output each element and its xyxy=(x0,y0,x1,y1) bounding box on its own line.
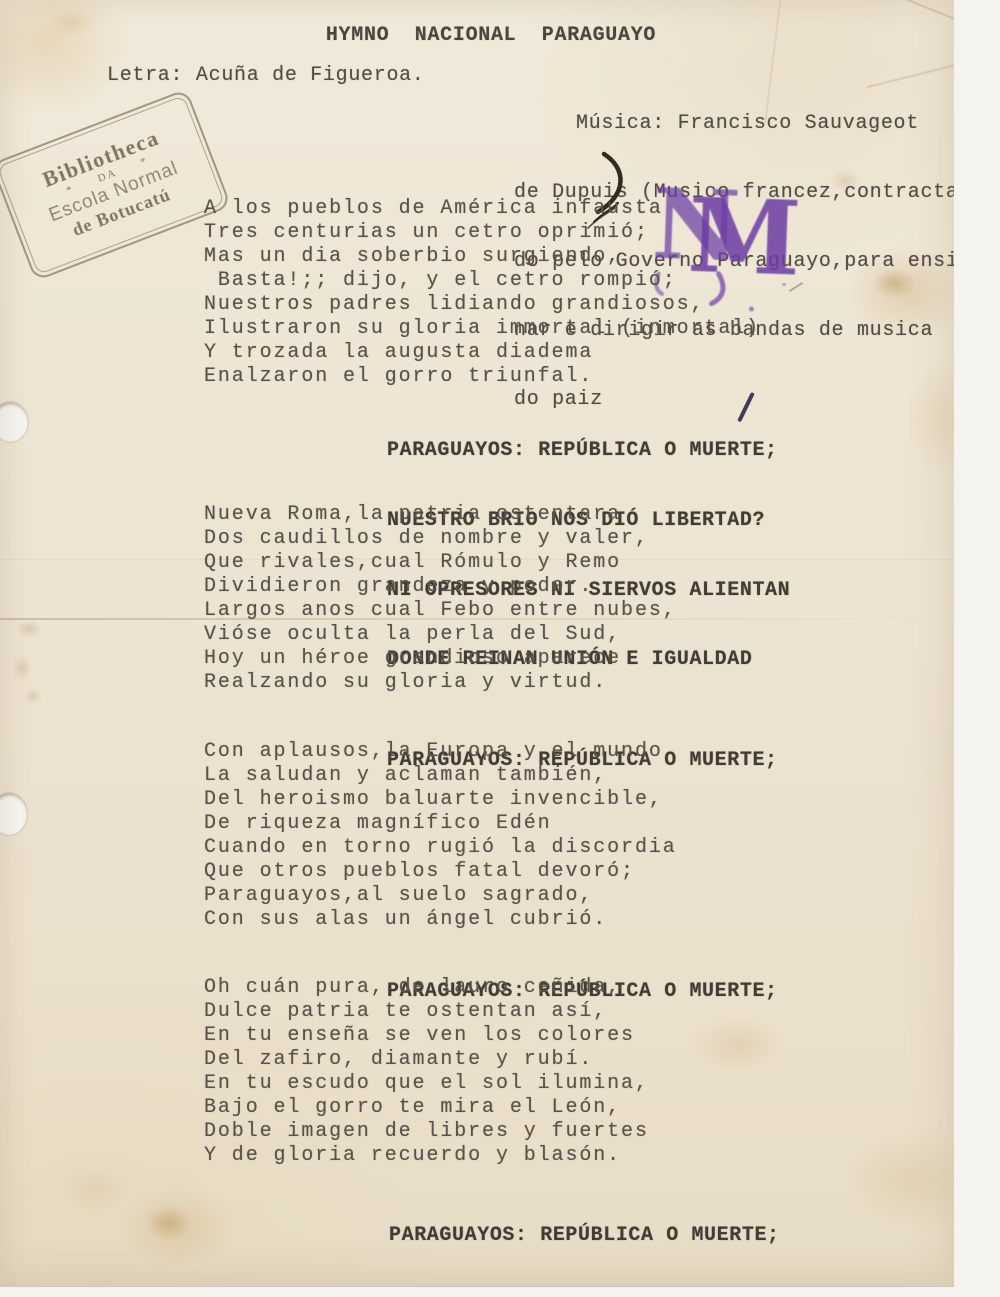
library-stamp: Bibliotheca * DA * Escola Normal de Botu… xyxy=(0,89,232,282)
verse-line: Realzando su gloria y virtud. xyxy=(204,671,677,695)
verse-line: Bajo el gorro te mira el León, xyxy=(204,1096,649,1120)
backdrop-edge xyxy=(954,0,1000,1297)
verse-line: Con aplausos,la Europa y el mundo xyxy=(204,740,677,764)
chorus-line: PARAGUAYOS: REPÚBLICA O MUERTE; xyxy=(387,439,790,462)
verse-line: Dos caudillos de nombre y valer, xyxy=(204,527,677,551)
verse-line: Nuestros padres lidiando grandiosos, xyxy=(204,293,760,317)
verse-line: Hoy un héroe grandioso aparece xyxy=(204,647,677,671)
stain xyxy=(145,1205,191,1241)
verse-line: Y de gloria recuerdo y blasón. xyxy=(204,1144,649,1168)
verse-line: Cuando en torno rugió la discordia xyxy=(204,836,677,860)
verse-line: Que otros pueblos fatal devoró; xyxy=(204,860,677,884)
stain xyxy=(12,655,32,681)
verse-line: Basta!;; dijo, y el cetro rompió; xyxy=(204,269,760,293)
chorus-line: PARAGUAYOS: REPÚBLICA O MUERTE; xyxy=(389,1224,780,1247)
stain xyxy=(60,1165,130,1213)
page-title: HYMNO NACIONAL PARAGUAYO xyxy=(0,24,954,48)
stain xyxy=(24,688,42,704)
chorus-4: PARAGUAYOS: REPÚBLICA O MUERTE; xyxy=(389,1178,780,1294)
verse-line: Oh cuán pura, de lauro ceñida, xyxy=(204,976,649,1000)
library-stamp-border: Bibliotheca * DA * Escola Normal de Botu… xyxy=(0,95,225,275)
pencil-mark xyxy=(782,283,786,286)
verse-line: En tu enseña se ven los colores xyxy=(204,1024,649,1048)
stanza-3: Con aplausos,la Europa y el mundo La sal… xyxy=(204,740,677,932)
verse-line: Doble imagen de libres y fuertes xyxy=(204,1120,649,1144)
verse-line: Vióse oculta la perla del Sud, xyxy=(204,623,677,647)
punch-hole xyxy=(0,793,27,835)
verse-line: Que rivales,cual Rómulo y Remo xyxy=(204,551,677,575)
music-credit-line: Música: Francisco Sauvageot xyxy=(514,112,971,135)
verse-line: Largos anos cual Febo entre nubes, xyxy=(204,599,677,623)
verse-line: A los pueblos de América infausta xyxy=(204,197,760,221)
stanza-2: Nueva Roma,la patria ostentara Dos caudi… xyxy=(204,503,677,695)
verse-line: Del zafiro, diamante y rubí. xyxy=(204,1048,649,1072)
verse-line: Y trozada la augusta diadema xyxy=(204,341,760,365)
stain xyxy=(16,620,42,638)
stain xyxy=(0,0,130,115)
verse-line: Con sus alas un ángel cubrió. xyxy=(204,908,677,932)
verse-line: Dulce patria te ostentan así, xyxy=(204,1000,649,1024)
stanza-1: A los pueblos de América infausta Tres c… xyxy=(204,197,760,389)
verse-line: Nueva Roma,la patria ostentara xyxy=(204,503,677,527)
stanza-4: Oh cuán pura, de lauro ceñida, Dulce pat… xyxy=(204,976,649,1168)
verse-line: Ilustraron su gloria immortal (inmortal) xyxy=(204,317,760,341)
verse-line: Enalzaron el gorro triunfal. xyxy=(204,365,760,389)
backdrop-edge xyxy=(0,1286,954,1297)
verse-line: Mas un dia soberbio surgiendo, xyxy=(204,245,760,269)
verse-line: En tu escudo que el sol ilumina, xyxy=(204,1072,649,1096)
punch-hole xyxy=(0,402,28,442)
verse-line: Paraguayos,al suelo sagrado, xyxy=(204,884,677,908)
document-page: HYMNO NACIONAL PARAGUAYO Letra: Acuña de… xyxy=(0,0,954,1286)
stain xyxy=(118,1185,238,1270)
verse-line: Tres centurias un cetro oprimió; xyxy=(204,221,760,245)
verse-line: Del heroismo baluarte invencible, xyxy=(204,788,677,812)
verse-line: La saludan y aclaman también, xyxy=(204,764,677,788)
verse-line: Dividieron grandeza y poder. xyxy=(204,575,677,599)
lyricist-credit: Letra: Acuña de Figueroa. xyxy=(107,64,425,88)
verse-line: De riqueza magnífico Edén xyxy=(204,812,677,836)
